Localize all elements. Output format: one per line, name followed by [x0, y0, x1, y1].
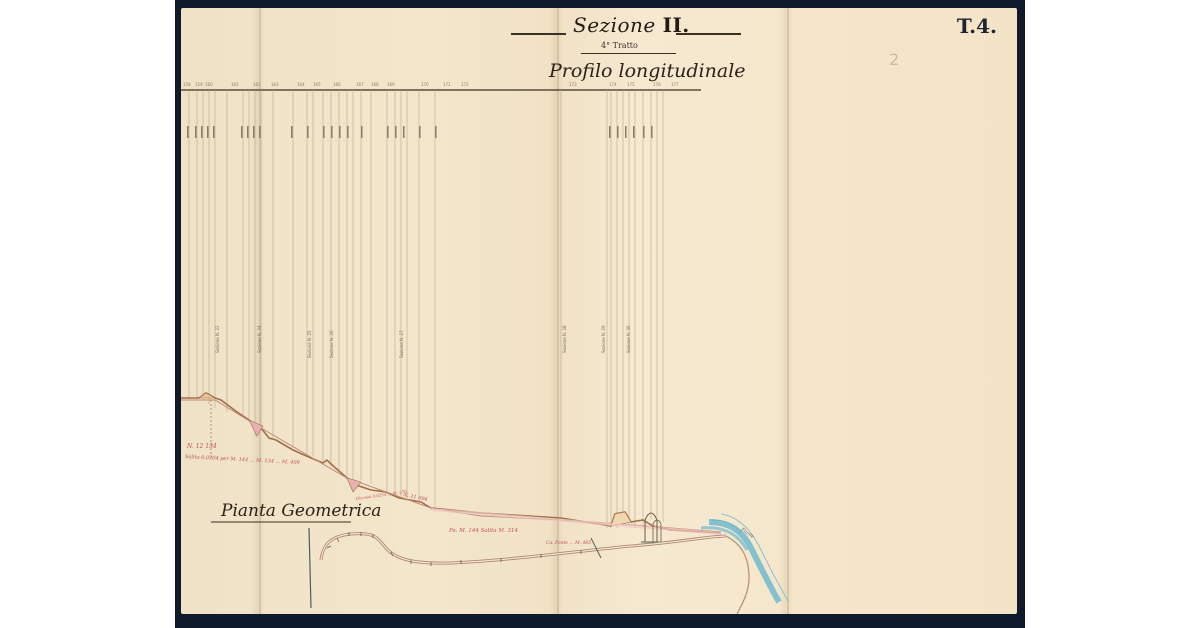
svg-text:N. 12 134: N. 12 134	[186, 443, 217, 450]
svg-text:176: 176	[653, 82, 661, 87]
svg-text:Sezione N. 27: Sezione N. 27	[399, 330, 404, 358]
drawing-sheet: Sezione II. 4° Tratto Profilo longitudin…	[181, 8, 1017, 614]
svg-text:Sezione N. 23: Sezione N. 23	[215, 325, 220, 353]
svg-text:Sezione N. 28: Sezione N. 28	[562, 325, 567, 353]
svg-text:169: 169	[387, 82, 395, 87]
svg-text:171: 171	[443, 82, 451, 87]
svg-text:164: 164	[297, 82, 305, 87]
svg-text:Sezione N. 29: Sezione N. 29	[601, 325, 606, 353]
svg-text:Salita 0,0204 per M. 144 ... M: Salita 0,0204 per M. 144 ... M. 134 ... …	[185, 454, 301, 466]
svg-text:Sezione N. 30: Sezione N. 30	[626, 325, 631, 353]
plan-title: Pianta Geometrica	[221, 501, 381, 521]
svg-text:167: 167	[356, 82, 364, 87]
svg-text:172: 172	[461, 82, 469, 87]
svg-text:Ca. Ponte ... M. 465: Ca. Ponte ... M. 465	[546, 540, 591, 546]
svg-text:Sezione N. 25: Sezione N. 25	[307, 330, 312, 358]
svg-text:173: 173	[569, 82, 577, 87]
svg-text:Sezione N. 24: Sezione N. 24	[257, 325, 262, 353]
svg-text:165: 165	[313, 82, 321, 87]
svg-text:170: 170	[421, 82, 429, 87]
svg-text:177: 177	[671, 82, 679, 87]
svg-text:166: 166	[333, 82, 341, 87]
svg-text:160: 160	[205, 82, 213, 87]
svg-text:163: 163	[271, 82, 279, 87]
svg-text:159: 159	[195, 82, 203, 87]
profile-drawing: 158159160 161162163 164165166 167168169 …	[181, 8, 1017, 614]
svg-text:161: 161	[231, 82, 239, 87]
svg-text:Sezione N. 26: Sezione N. 26	[329, 330, 334, 358]
svg-text:Pa. M. 144 Salita M. 314: Pa. M. 144 Salita M. 314	[448, 528, 519, 534]
svg-text:168: 168	[371, 82, 379, 87]
svg-text:174: 174	[609, 82, 617, 87]
svg-text:162: 162	[253, 82, 261, 87]
svg-text:175: 175	[627, 82, 635, 87]
svg-text:158: 158	[183, 82, 191, 87]
